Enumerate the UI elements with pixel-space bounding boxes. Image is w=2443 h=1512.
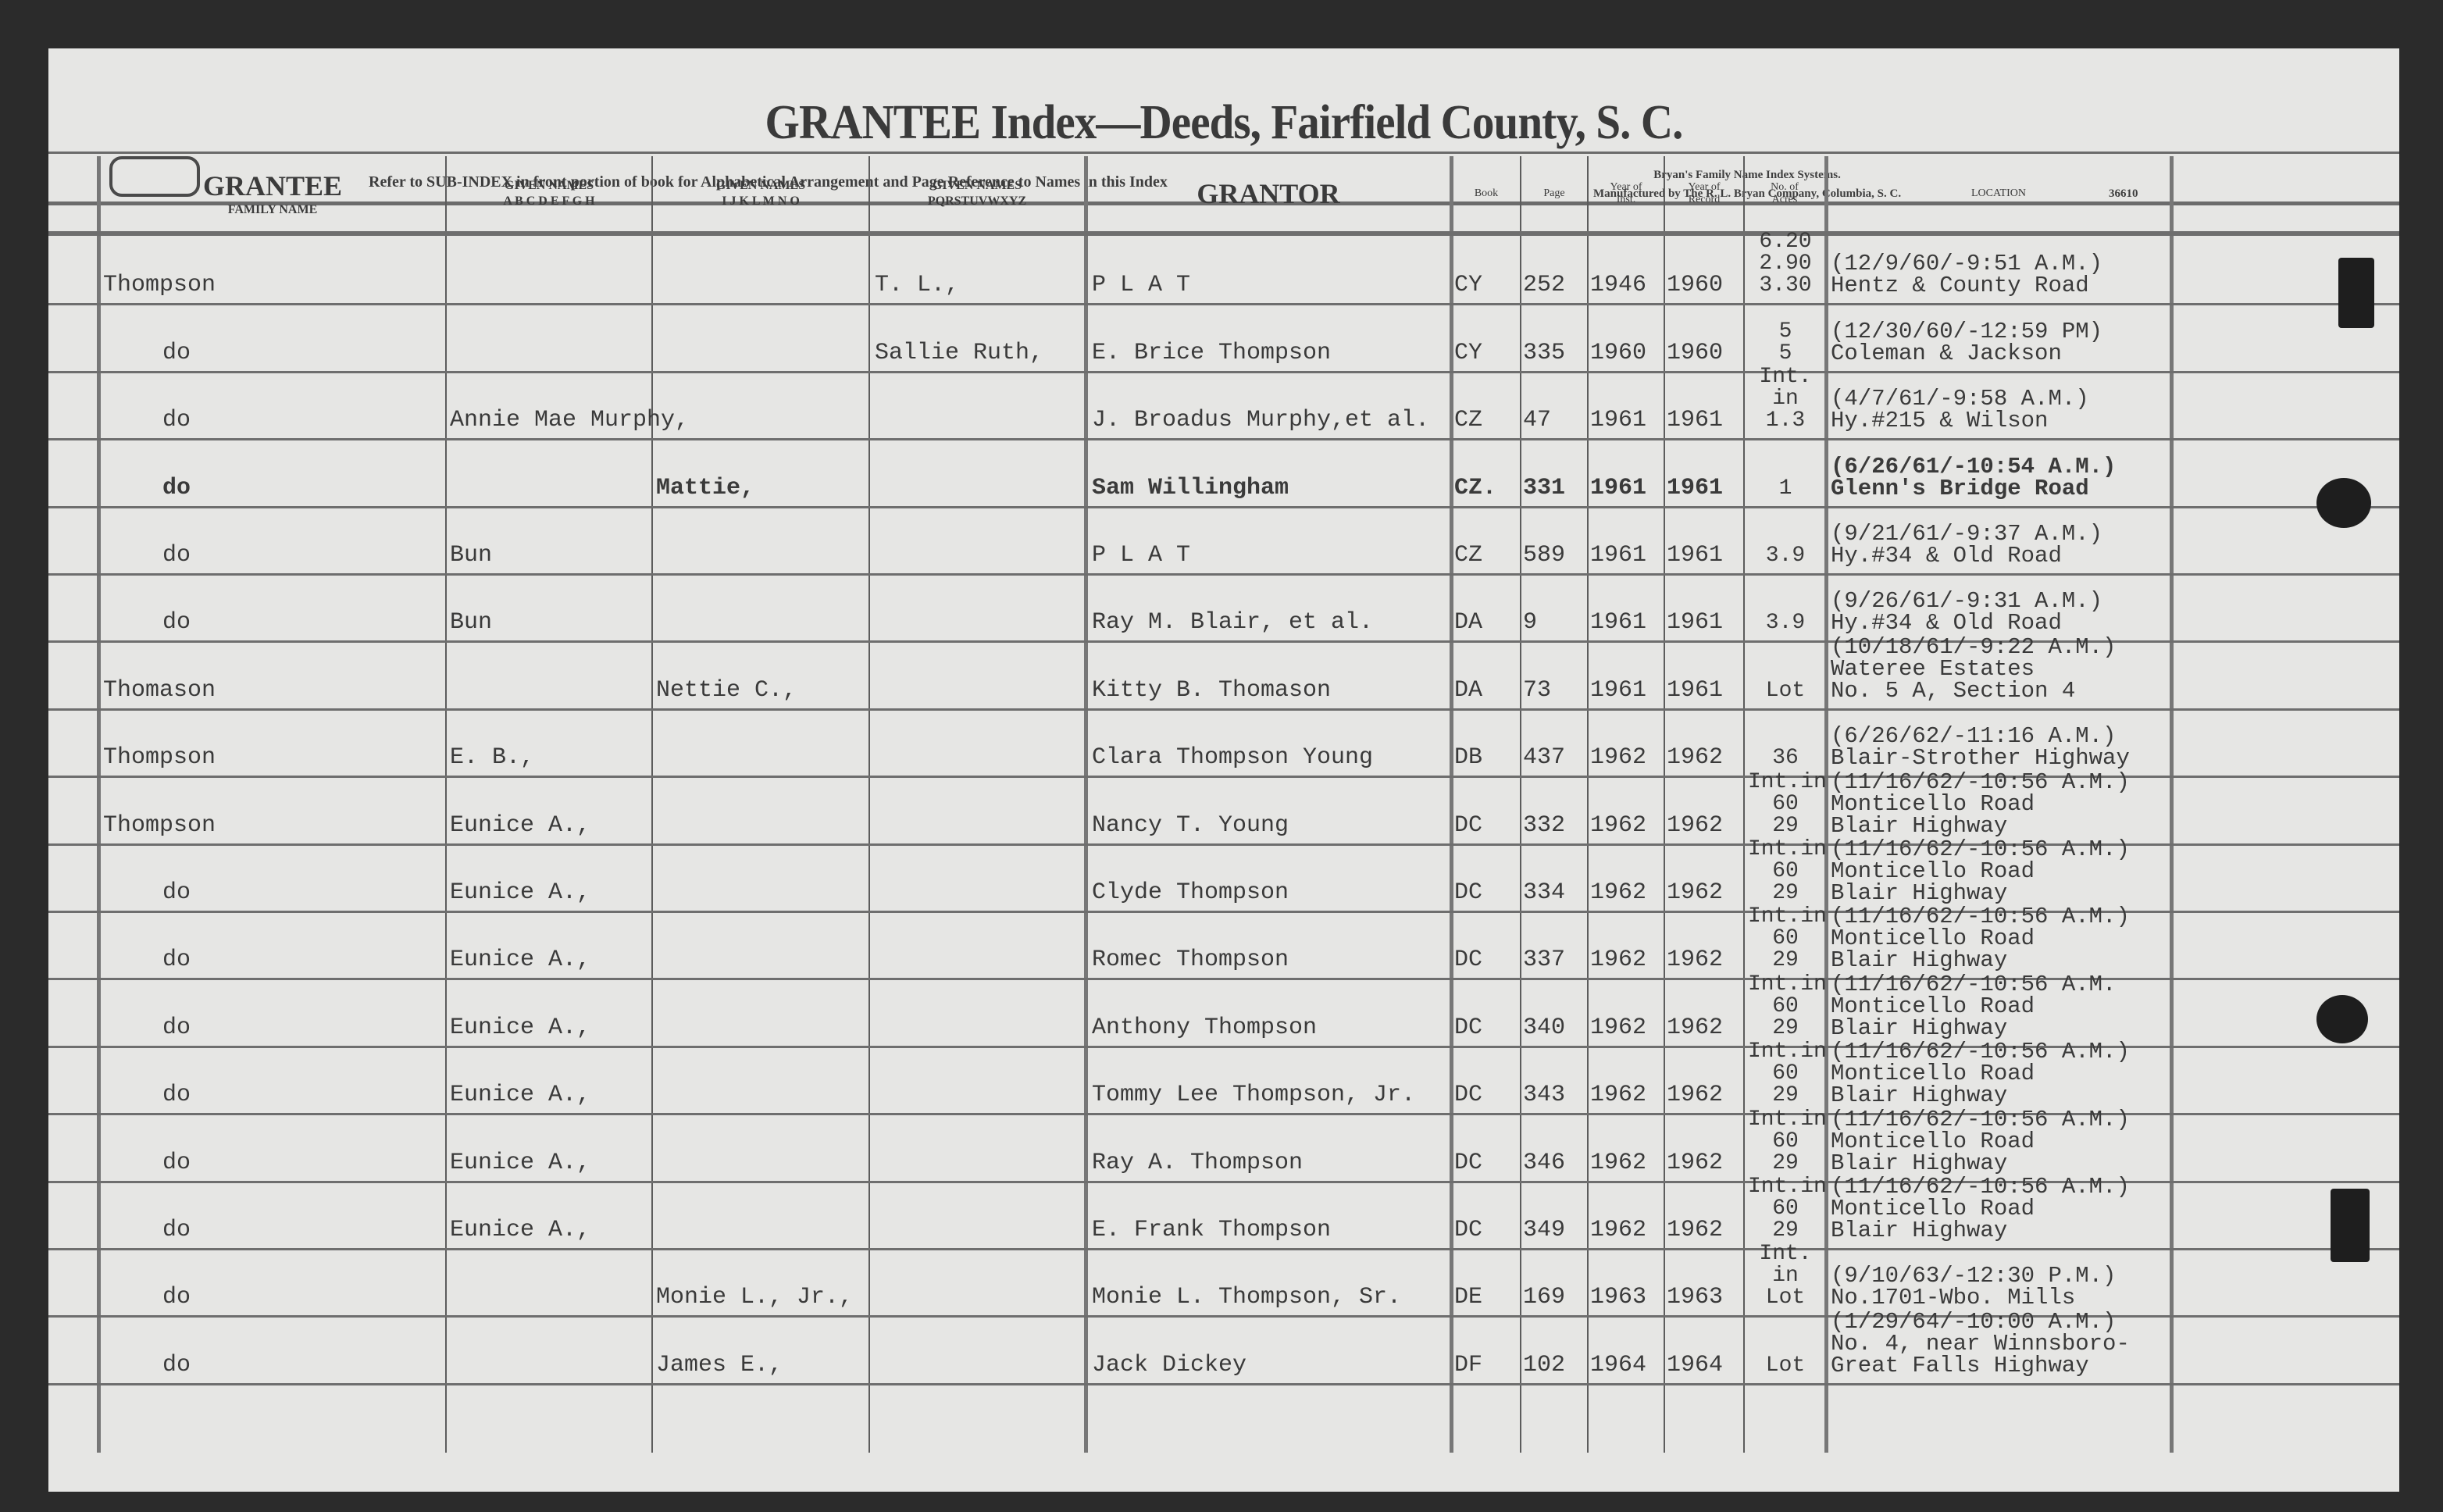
column-divider (1824, 156, 1828, 1453)
column-divider (1450, 156, 1453, 1453)
header-acres: No. of Acres (1745, 156, 1824, 231)
cell-year-inst: 1962 (1590, 948, 1646, 972)
cell-book: DB (1454, 746, 1482, 769)
cell-year-record: 1961 (1667, 476, 1723, 500)
cell-acres: Int.in 60 29 (1748, 974, 1823, 1039)
column-divider (1664, 156, 1665, 1453)
column-divider (1084, 156, 1088, 1453)
cell-year-record: 1963 (1667, 1286, 1723, 1309)
cell-year-inst: 1962 (1590, 1016, 1646, 1039)
cell-grantor: P L A T (1092, 544, 1190, 567)
cell-given1: Eunice A., (450, 948, 590, 972)
cell-year-record: 1964 (1667, 1353, 1723, 1377)
cell-given1: Bun (450, 611, 492, 634)
cell-grantor: Clyde Thompson (1092, 881, 1289, 904)
binder-slot-icon (2331, 1189, 2370, 1262)
cell-grantee: do (162, 1353, 191, 1377)
cell-grantor: Monie L. Thompson, Sr. (1092, 1286, 1401, 1309)
cell-acres: Int.in 60 29 (1748, 1176, 1823, 1242)
header-given-letters: PQRSTUVWXYZ (928, 194, 1026, 209)
cell-grantor: J. Broadus Murphy,et al. (1092, 408, 1429, 432)
header-year-inst-title: Year of Inst. (1603, 181, 1649, 206)
binder-hole-icon (2316, 995, 2368, 1043)
cell-book: DC (1454, 1016, 1482, 1039)
row-rule (48, 1383, 2399, 1385)
cell-book: CZ (1454, 544, 1482, 567)
cell-acres: 36 (1748, 747, 1823, 769)
header-given-i-o: GIVEN NAMES I J K L M N O (653, 156, 868, 231)
cell-given1: Eunice A., (450, 1218, 590, 1242)
header-bottom-rule (48, 231, 2399, 236)
header-given-a-h: GIVEN NAMES A B C D E F G H (447, 156, 651, 231)
cell-page: 252 (1523, 273, 1565, 297)
cell-given1: Bun (450, 544, 492, 567)
header-acres-title: No. of Acres (1762, 181, 1807, 206)
cell-year-record: 1960 (1667, 341, 1723, 365)
cell-grantor: Romec Thompson (1092, 948, 1289, 972)
cell-given1: Eunice A., (450, 1083, 590, 1107)
cell-page: 589 (1523, 544, 1565, 567)
header-given-title: GIVEN NAMES (716, 178, 805, 194)
cell-grantee: Thompson (103, 746, 216, 769)
header-grantor: GRANTOR (1087, 156, 1450, 231)
cell-year-record: 1961 (1667, 408, 1723, 432)
cell-acres: Int.in 60 29 (1748, 1109, 1823, 1175)
row-rule (48, 573, 2399, 576)
cell-page: 340 (1523, 1016, 1565, 1039)
cell-acres: 3.9 (1748, 612, 1823, 634)
cell-page: 331 (1523, 476, 1565, 500)
header-grantor-title: GRANTOR (1197, 177, 1339, 210)
cell-page: 9 (1523, 611, 1537, 634)
cell-acres: Int.in 60 29 (1748, 772, 1823, 837)
cell-location: (11/16/62/-10:56 A.M. Monticello Road Bl… (1831, 974, 2116, 1039)
cell-grantee: do (162, 881, 191, 904)
cell-year-inst: 1961 (1590, 679, 1646, 702)
cell-grantee: do (162, 1218, 191, 1242)
cell-page: 337 (1523, 948, 1565, 972)
cell-page: 332 (1523, 814, 1565, 837)
title-rule (48, 152, 2399, 154)
cell-book: DC (1454, 814, 1482, 837)
cell-grantor: Tommy Lee Thompson, Jr. (1092, 1083, 1415, 1107)
cell-book: CY (1454, 341, 1482, 365)
cell-grantor: Ray M. Blair, et al. (1092, 611, 1373, 634)
cell-grantor: Clara Thompson Young (1092, 746, 1373, 769)
cell-acres: Int.in 60 29 (1748, 839, 1823, 904)
cell-grantor: Anthony Thompson (1092, 1016, 1317, 1039)
cell-location: (11/16/62/-10:56 A.M.) Monticello Road B… (1831, 1109, 2130, 1175)
cell-acres: Lot (1748, 1355, 1823, 1377)
header-given-letters: I J K L M N O (722, 194, 800, 209)
cell-year-inst: 1961 (1590, 408, 1646, 432)
cell-grantee: do (162, 544, 191, 567)
cell-book: CZ (1454, 408, 1482, 432)
cell-grantee: do (162, 476, 191, 500)
cell-book: DE (1454, 1286, 1482, 1309)
header-given-letters: A B C D E F G H (503, 194, 594, 209)
cell-grantee: do (162, 1016, 191, 1039)
cell-grantor: Kitty B. Thomason (1092, 679, 1331, 702)
cell-location: (9/10/63/-12:30 P.M.) No.1701-Wbo. Mills (1831, 1265, 2116, 1309)
cell-given2: Monie L., Jr., (656, 1286, 853, 1309)
cell-grantee: do (162, 1286, 191, 1309)
cell-grantor: Jack Dickey (1092, 1353, 1246, 1377)
cell-grantor: Nancy T. Young (1092, 814, 1289, 837)
cell-page: 437 (1523, 746, 1565, 769)
cell-book: DF (1454, 1353, 1482, 1377)
cell-grantor: P L A T (1092, 273, 1190, 297)
cell-book: CZ. (1454, 476, 1496, 500)
cell-year-record: 1962 (1667, 881, 1723, 904)
cell-year-inst: 1964 (1590, 1353, 1646, 1377)
cell-grantee: do (162, 341, 191, 365)
column-divider (2170, 156, 2174, 1453)
column-divider (1587, 156, 1589, 1453)
cell-acres: 5 5 (1748, 321, 1823, 365)
header-grantee-title: GRANTEE (203, 169, 342, 202)
cell-given3: T. L., (875, 273, 959, 297)
cell-given1: Eunice A., (450, 1151, 590, 1175)
cell-grantee: do (162, 1083, 191, 1107)
cell-acres: Int.in 60 29 (1748, 906, 1823, 972)
header-year-record: Year of Record (1665, 156, 1743, 231)
cell-year-record: 1961 (1667, 544, 1723, 567)
row-rule (48, 303, 2399, 305)
cell-page: 169 (1523, 1286, 1565, 1309)
cell-book: DC (1454, 1151, 1482, 1175)
header-year-record-title: Year of Record (1679, 181, 1729, 206)
cell-location: (12/9/60/-9:51 A.M.) Hentz & County Road (1831, 253, 2102, 297)
cell-page: 349 (1523, 1218, 1565, 1242)
header-grantee-subtitle: FAMILY NAME (228, 202, 318, 218)
cell-year-inst: 1960 (1590, 341, 1646, 365)
header-book: Book (1453, 156, 1520, 231)
cell-location: (9/21/61/-9:37 A.M.) Hy.#34 & Old Road (1831, 523, 2102, 567)
cell-location: (1/29/64/-10:00 A.M.) No. 4, near Winnsb… (1831, 1311, 2130, 1377)
header-location: LOCATION (1828, 156, 2170, 231)
cell-acres: Int. in Lot (1748, 1243, 1823, 1309)
cell-year-record: 1962 (1667, 948, 1723, 972)
cell-location: (10/18/61/-9:22 A.M.) Wateree Estates No… (1831, 637, 2116, 702)
cell-year-record: 1962 (1667, 1016, 1723, 1039)
cell-year-inst: 1962 (1590, 1218, 1646, 1242)
cell-year-inst: 1962 (1590, 1151, 1646, 1175)
cell-book: CY (1454, 273, 1482, 297)
cell-grantee: do (162, 1151, 191, 1175)
cell-book: DC (1454, 881, 1482, 904)
cell-given2: James E., (656, 1353, 783, 1377)
row-rule (48, 371, 2399, 373)
row-rule (48, 506, 2399, 508)
header-given-p-z: GIVEN NAMES PQRSTUVWXYZ (870, 156, 1084, 231)
cell-acres: 1 (1748, 478, 1823, 500)
cell-acres: Lot (1748, 680, 1823, 702)
cell-acres: 6.20 2.90 3.30 (1748, 231, 1823, 297)
cell-page: 346 (1523, 1151, 1565, 1175)
cell-year-record: 1960 (1667, 273, 1723, 297)
header-given-title: GIVEN NAMES (933, 178, 1022, 194)
page-title: GRANTEE Index—Deeds, Fairfield County, S… (142, 95, 2305, 151)
cell-grantee: do (162, 611, 191, 634)
index-table: GRANTEE FAMILY NAME GIVEN NAMES A B C D … (48, 156, 2399, 1453)
cell-page: 334 (1523, 881, 1565, 904)
cell-grantor: E. Brice Thompson (1092, 341, 1331, 365)
cell-page: 335 (1523, 341, 1565, 365)
header-given-title: GIVEN NAMES (505, 178, 594, 194)
cell-year-record: 1962 (1667, 1151, 1723, 1175)
cell-year-inst: 1961 (1590, 544, 1646, 567)
header-year-inst: Year of Inst. (1589, 156, 1664, 231)
cell-grantor: Sam Willingham (1092, 476, 1289, 500)
cell-location: (11/16/62/-10:56 A.M.) Monticello Road B… (1831, 1176, 2130, 1242)
cell-year-inst: 1962 (1590, 814, 1646, 837)
cell-acres: 3.9 (1748, 545, 1823, 567)
header-location-title: LOCATION (1971, 187, 2026, 200)
column-divider (97, 156, 101, 1453)
binder-hole-icon (2316, 478, 2371, 528)
cell-location: (12/30/60/-12:59 PM) Coleman & Jackson (1831, 321, 2102, 365)
row-rule (48, 708, 2399, 711)
cell-year-record: 1962 (1667, 746, 1723, 769)
cell-year-inst: 1946 (1590, 273, 1646, 297)
cell-page: 343 (1523, 1083, 1565, 1107)
cell-page: 47 (1523, 408, 1551, 432)
row-rule (48, 438, 2399, 440)
cell-year-inst: 1963 (1590, 1286, 1646, 1309)
cell-acres: Int.in 60 29 (1748, 1041, 1823, 1107)
cell-given1: Eunice A., (450, 814, 590, 837)
cell-grantee: Thompson (103, 814, 216, 837)
cell-year-inst: 1962 (1590, 1083, 1646, 1107)
cell-given2: Mattie, (656, 476, 754, 500)
column-divider (1520, 156, 1521, 1453)
cell-given1: Eunice A., (450, 1016, 590, 1039)
header-page: Page (1521, 156, 1587, 231)
cell-given2: Nettie C., (656, 679, 797, 702)
cell-year-record: 1961 (1667, 679, 1723, 702)
cell-location: (11/16/62/-10:56 A.M.) Monticello Road B… (1831, 1041, 2130, 1107)
cell-location: (11/16/62/-10:56 A.M.) Monticello Road B… (1831, 906, 2130, 972)
cell-book: DA (1454, 679, 1482, 702)
cell-book: DC (1454, 1083, 1482, 1107)
cell-year-inst: 1961 (1590, 611, 1646, 634)
column-divider (445, 156, 447, 1453)
cell-grantee: Thomason (103, 679, 216, 702)
cell-location: (4/7/61/-9:58 A.M.) Hy.#215 & Wilson (1831, 388, 2089, 432)
column-divider (1743, 156, 1745, 1453)
cell-given1: E. B., (450, 746, 534, 769)
cell-location: (11/16/62/-10:56 A.M.) Monticello Road B… (1831, 839, 2130, 904)
cell-book: DA (1454, 611, 1482, 634)
cell-year-inst: 1962 (1590, 881, 1646, 904)
header-grantee: GRANTEE FAMILY NAME (100, 156, 445, 231)
cell-grantor: Ray A. Thompson (1092, 1151, 1303, 1175)
cell-book: DC (1454, 1218, 1482, 1242)
cell-year-record: 1962 (1667, 1218, 1723, 1242)
cell-year-inst: 1962 (1590, 746, 1646, 769)
cell-acres: Int. in 1.3 (1748, 366, 1823, 432)
cell-given1: Eunice A., (450, 881, 590, 904)
cell-location: (6/26/61/-10:54 A.M.) Glenn's Bridge Roa… (1831, 456, 2116, 500)
binder-slot-icon (2338, 258, 2374, 328)
cell-location: (11/16/62/-10:56 A.M.) Monticello Road B… (1831, 772, 2130, 837)
cell-grantee: do (162, 948, 191, 972)
cell-year-record: 1962 (1667, 814, 1723, 837)
cell-given1: Annie Mae Murphy, (450, 408, 689, 432)
cell-given3: Sallie Ruth, (875, 341, 1043, 365)
column-divider (651, 156, 653, 1453)
cell-page: 73 (1523, 679, 1551, 702)
header-book-title: Book (1475, 187, 1498, 200)
row-rule (48, 1248, 2399, 1250)
cell-year-record: 1962 (1667, 1083, 1723, 1107)
cell-year-record: 1961 (1667, 611, 1723, 634)
cell-grantor: E. Frank Thompson (1092, 1218, 1331, 1242)
cell-book: DC (1454, 948, 1482, 972)
cell-grantee: do (162, 408, 191, 432)
cell-location: (9/26/61/-9:31 A.M.) Hy.#34 & Old Road (1831, 590, 2102, 634)
cell-location: (6/26/62/-11:16 A.M.) Blair-Strother Hig… (1831, 726, 2130, 769)
cell-year-inst: 1961 (1590, 476, 1646, 500)
header-page-title: Page (1543, 187, 1564, 200)
cell-page: 102 (1523, 1353, 1565, 1377)
column-divider (868, 156, 870, 1453)
cell-grantee: Thompson (103, 273, 216, 297)
